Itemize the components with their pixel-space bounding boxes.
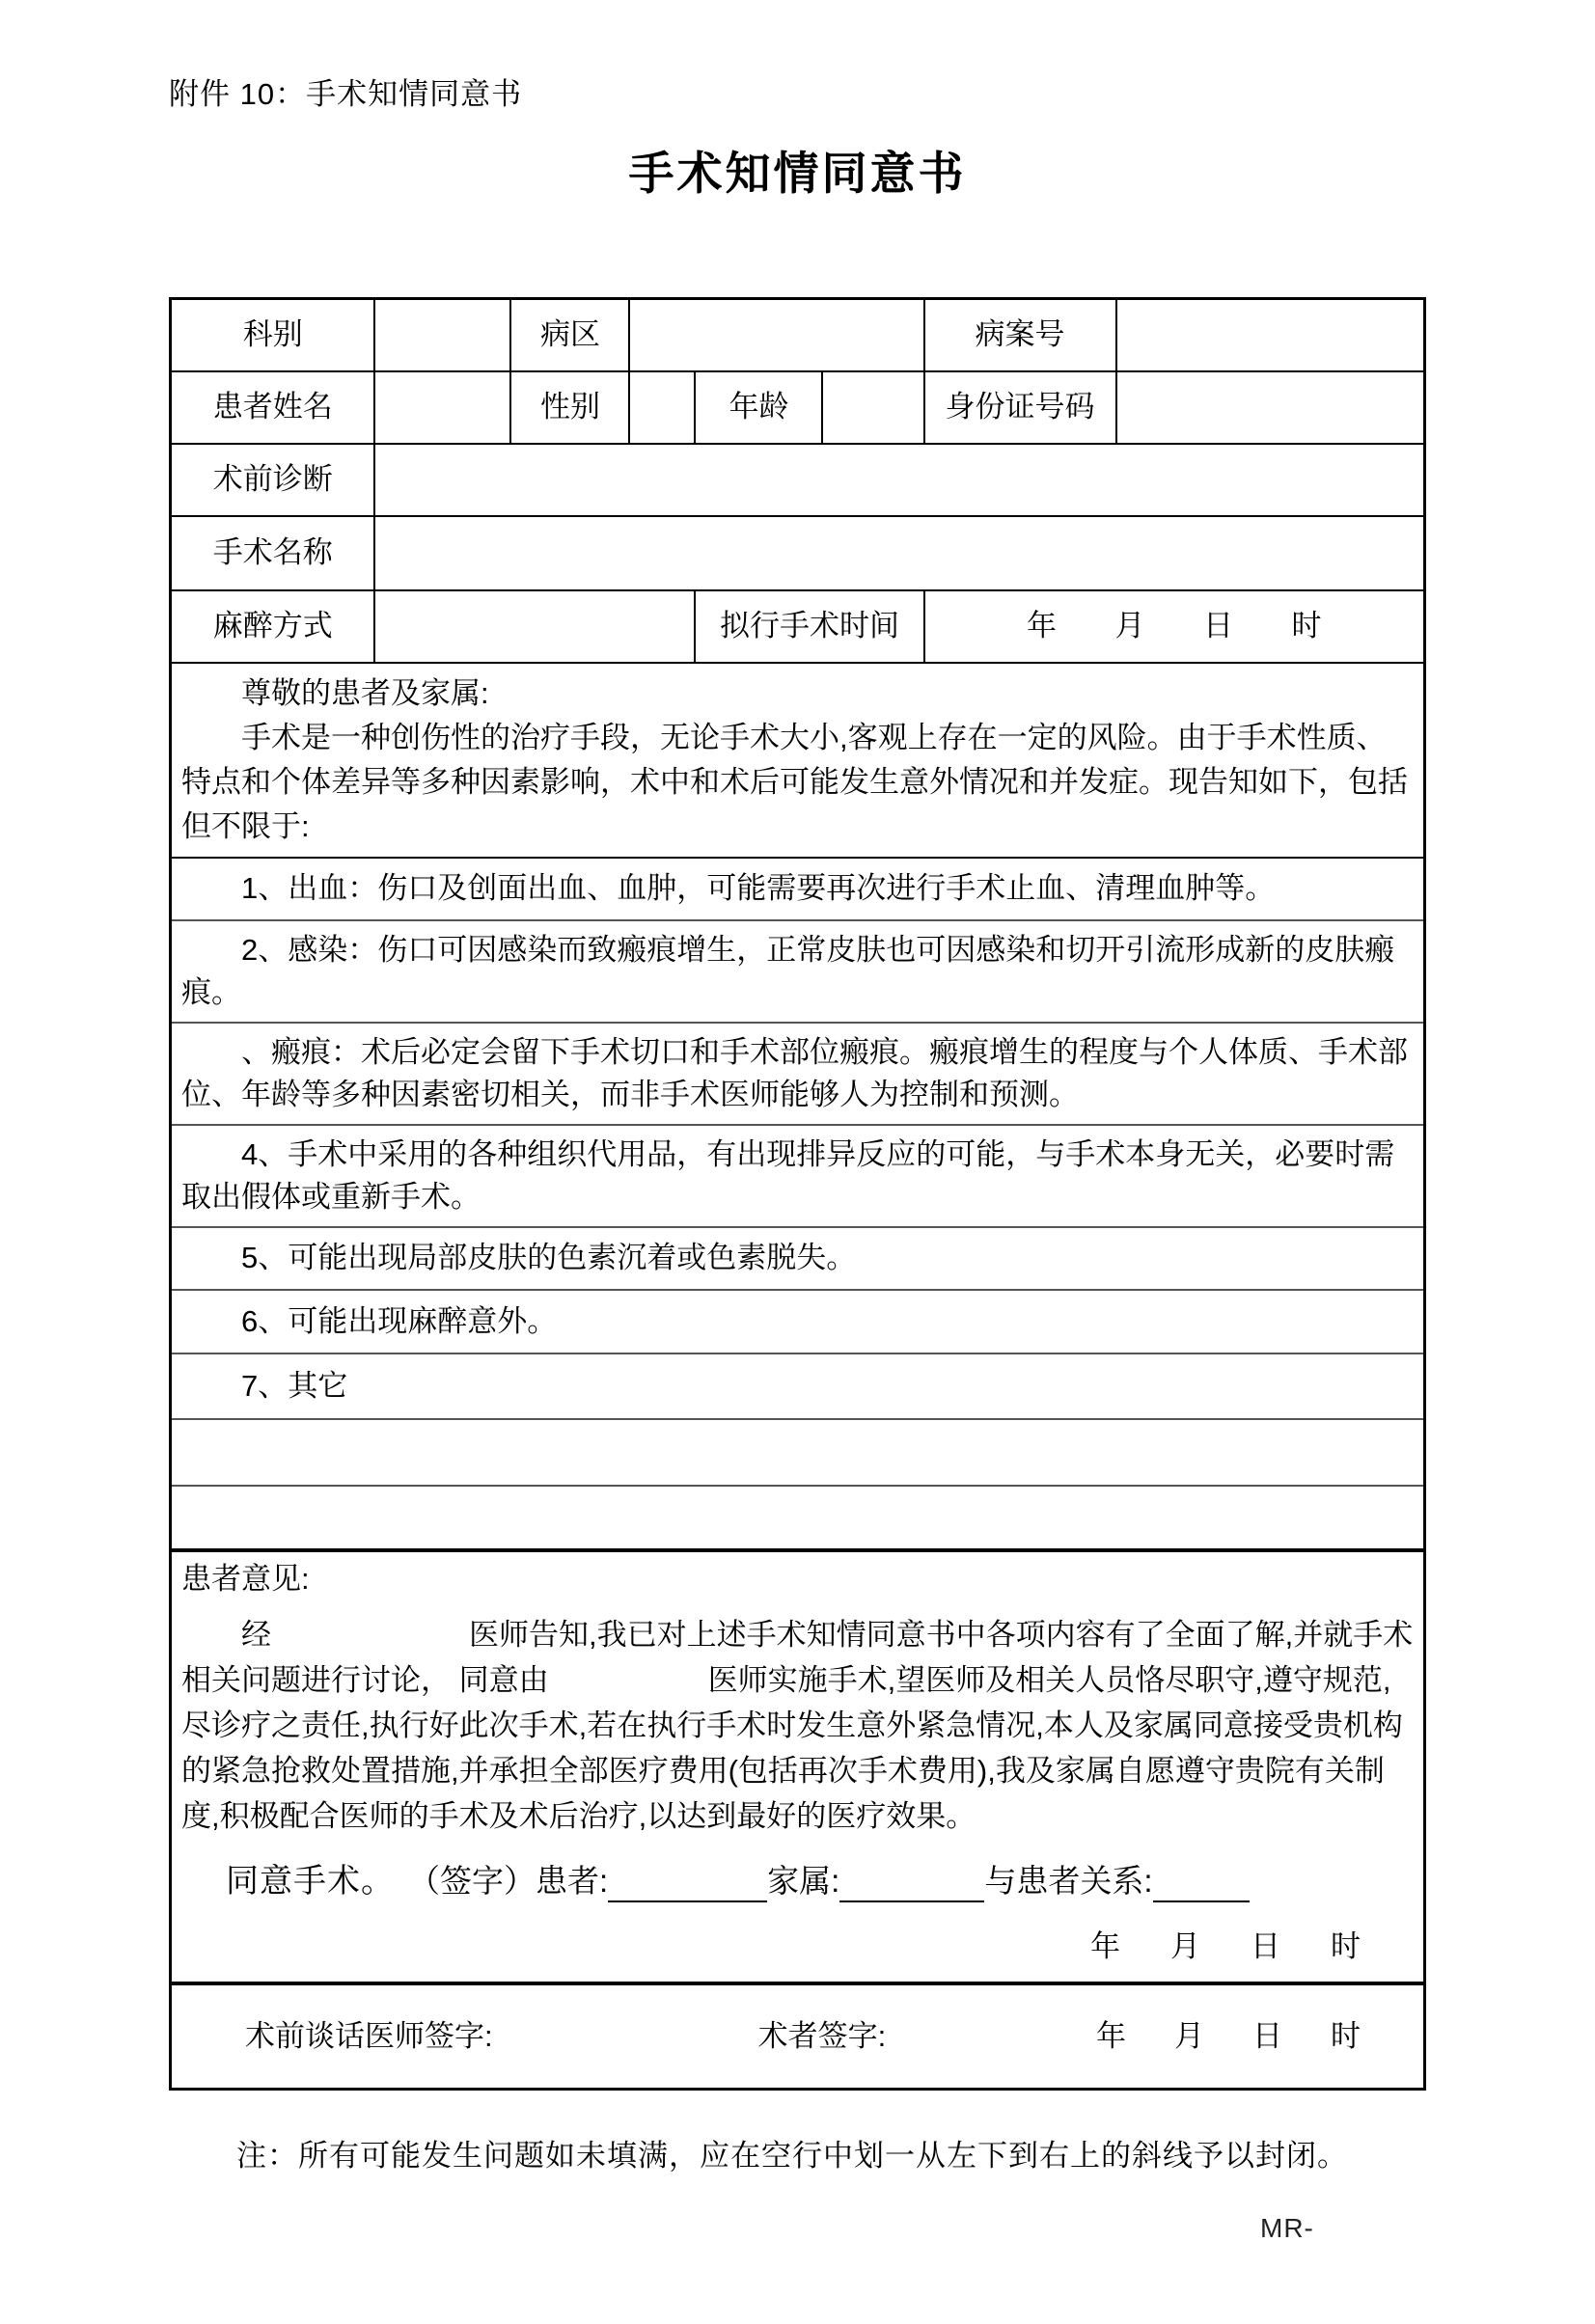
gender-value-field[interactable] [629,371,695,444]
item-3-cell: 、瘢痕：术后必定会留下手术切口和手术部位瘢痕。瘢痕增生的程度与个人体质、手术部位… [170,1023,1424,1125]
gender-label: 性别 [510,371,629,444]
agree-signature-line: 同意手术。 （签字）患者: 家属: 与患者关系: [226,1860,1414,1902]
row-notice: 尊敬的患者及家属: 手术是一种创伤性的治疗手段，无论手术大小,客观上存在一定的风… [170,663,1424,858]
planned-time-date-cell[interactable]: 年 月 日 时 [924,590,1425,663]
item-7-text: 7、其它 [181,1365,1414,1408]
surgery-name-value-field[interactable] [374,516,1424,590]
item-1-text: 1、出血：伤口及创面出血、血肿，可能需要再次进行手术止血、清理血肿等。 [181,867,1414,910]
surgeon-sign-label: 术者签字: [758,2017,887,2056]
id-number-label: 身份证号码 [924,371,1116,444]
row-item-1: 1、出血：伤口及创面出血、血肿，可能需要再次进行手术止血、清理血肿等。 [170,858,1424,920]
item-6-text: 6、可能出现麻醉意外。 [181,1300,1414,1343]
row-item-2: 2、感染：伤口可因感染而致瘢痕增生，正常皮肤也可因感染和切开引流形成新的皮肤瘢痕… [170,920,1424,1023]
anesthesia-value-field[interactable] [374,590,695,663]
row-empty-2 [170,1486,1424,1550]
row-item-4: 4、手术中采用的各种组织代用品，有出现排异反应的可能，与手术本身无关，必要时需取… [170,1125,1424,1227]
notice-salutation: 尊敬的患者及家属: [181,671,1414,716]
date-unit-day: 日 [1203,607,1233,645]
family-signature-blank[interactable] [839,1872,984,1902]
case-no-value-field[interactable] [1116,299,1425,371]
item-1-cell: 1、出血：伤口及创面出血、血肿，可能需要再次进行手术止血、清理血肿等。 [170,858,1424,920]
ward-value-field[interactable] [629,299,923,371]
row-anesthesia: 麻醉方式 拟行手术时间 年 月 日 时 [170,590,1424,663]
date-unit-month: 月 [1170,1928,1200,1966]
id-number-value-field[interactable] [1116,371,1425,444]
item-4-text: 4、手术中采用的各种组织代用品，有出现排异反应的可能，与手术本身无关，必要时需取… [181,1134,1414,1218]
sign-patient-label: （签字）患者: [408,1861,608,1902]
empty-row-1-field[interactable] [170,1419,1424,1486]
row-item-6: 6、可能出现麻醉意外。 [170,1290,1424,1353]
relation-blank[interactable] [1153,1872,1250,1902]
agree-text: 同意手术。 [226,1860,395,1902]
preop-doctor-sign-label: 术前谈话医师签字: [245,2017,493,2056]
row-empty-1 [170,1419,1424,1486]
item-3-text: 、瘢痕：术后必定会留下手术切口和手术部位瘢痕。瘢痕增生的程度与个人体质、手术部位… [181,1031,1414,1116]
surgery-name-label: 手术名称 [170,516,374,590]
preop-diagnosis-label: 术前诊断 [170,444,374,516]
row-item-3: 、瘢痕：术后必定会留下手术切口和手术部位瘢痕。瘢痕增生的程度与个人体质、手术部位… [170,1023,1424,1125]
row-doctor-signature: 术前谈话医师签字: 术者签字: 年 月 日 时 [170,1983,1424,2090]
row-item-5: 5、可能出现局部皮肤的色素沉着或色素脱失。 [170,1227,1424,1290]
row-diagnosis: 术前诊断 [170,444,1424,516]
item-4-cell: 4、手术中采用的各种组织代用品，有出现排异反应的可能，与手术本身无关，必要时需取… [170,1125,1424,1227]
notice-cell: 尊敬的患者及家属: 手术是一种创伤性的治疗手段，无论手术大小,客观上存在一定的风… [170,663,1424,858]
item-6-cell: 6、可能出现麻醉意外。 [170,1290,1424,1353]
date-unit-hour: 时 [1331,1928,1361,1966]
row-item-7: 7、其它 [170,1353,1424,1419]
row-dept: 科别 病区 病案号 [170,299,1424,371]
date-unit-year: 年 [1027,607,1057,645]
planned-time-label: 拟行手术时间 [695,590,923,663]
page-title: 手术知情同意书 [0,138,1595,203]
ward-label: 病区 [510,299,629,371]
notice-body: 手术是一种创伤性的治疗手段，无论手术大小,客观上存在一定的风险。由于手术性质、特… [181,716,1414,849]
date-unit-month: 月 [1174,2017,1204,2056]
date-unit-year: 年 [1090,1928,1120,1966]
age-label: 年龄 [695,371,822,444]
row-patient: 患者姓名 性别 年龄 身份证号码 [170,371,1424,444]
anesthesia-label: 麻醉方式 [170,590,374,663]
doctor-signature-cell: 术前谈话医师签字: 术者签字: 年 月 日 时 [170,1983,1424,2090]
consent-text-1: 经 [241,1618,271,1652]
footer-note: 注：所有可能发生问题如未填满，应在空行中划一从左下到右上的斜线予以封闭。 [236,2131,1595,2174]
sign-family-label: 家属: [767,1861,839,1902]
dept-value-field[interactable] [374,299,510,371]
case-no-label: 病案号 [924,299,1116,371]
patient-signature-blank[interactable] [608,1872,767,1902]
patient-opinion-label: 患者意见: [181,1560,1414,1599]
dept-label: 科别 [170,299,374,371]
date-unit-day: 日 [1252,2017,1282,2056]
item-7-cell: 7、其它 [170,1353,1424,1419]
date-unit-year: 年 [1096,2017,1126,2056]
preop-diagnosis-value-field[interactable] [374,444,1424,516]
sign-relation-label: 与患者关系: [984,1861,1152,1902]
patient-name-label: 患者姓名 [170,371,374,444]
row-surgery-name: 手术名称 [170,516,1424,590]
date-unit-month: 月 [1115,607,1145,645]
item-5-text: 5、可能出现局部皮肤的色素沉着或色素脱失。 [181,1237,1414,1279]
row-patient-opinion: 患者意见: 经医师告知,我已对上述手术知情同意书中各项内容有了全面了解,并就手术… [170,1550,1424,1983]
consent-form-table: 科别 病区 病案号 患者姓名 性别 年龄 身份证号码 术前诊断 手术名称 麻醉方… [169,297,1426,2091]
date-unit-day: 日 [1251,1928,1280,1966]
item-2-cell: 2、感染：伤口可因感染而致瘢痕增生，正常皮肤也可因感染和切开引流形成新的皮肤瘢痕… [170,920,1424,1023]
date-unit-hour: 时 [1331,2017,1361,2056]
doctor-sign-date-line: 年 月 日 时 [1096,2017,1361,2056]
empty-row-2-field[interactable] [170,1486,1424,1550]
consent-paragraph: 经医师告知,我已对上述手术知情同意书中各项内容有了全面了解,并就手术相关问题进行… [181,1612,1414,1839]
page-code: MR- [1260,2213,1314,2244]
item-5-cell: 5、可能出现局部皮肤的色素沉着或色素脱失。 [170,1227,1424,1290]
attachment-note: 附件 10：手术知情同意书 [169,69,1595,113]
opinion-date-line: 年 月 日 时 [181,1928,1361,1966]
age-value-field[interactable] [822,371,923,444]
patient-opinion-cell: 患者意见: 经医师告知,我已对上述手术知情同意书中各项内容有了全面了解,并就手术… [170,1550,1424,1983]
patient-name-value-field[interactable] [374,371,510,444]
item-2-text: 2、感染：伤口可因感染而致瘢痕增生，正常皮肤也可因感染和切开引流形成新的皮肤瘢痕… [181,929,1414,1014]
date-unit-hour: 时 [1292,607,1322,645]
